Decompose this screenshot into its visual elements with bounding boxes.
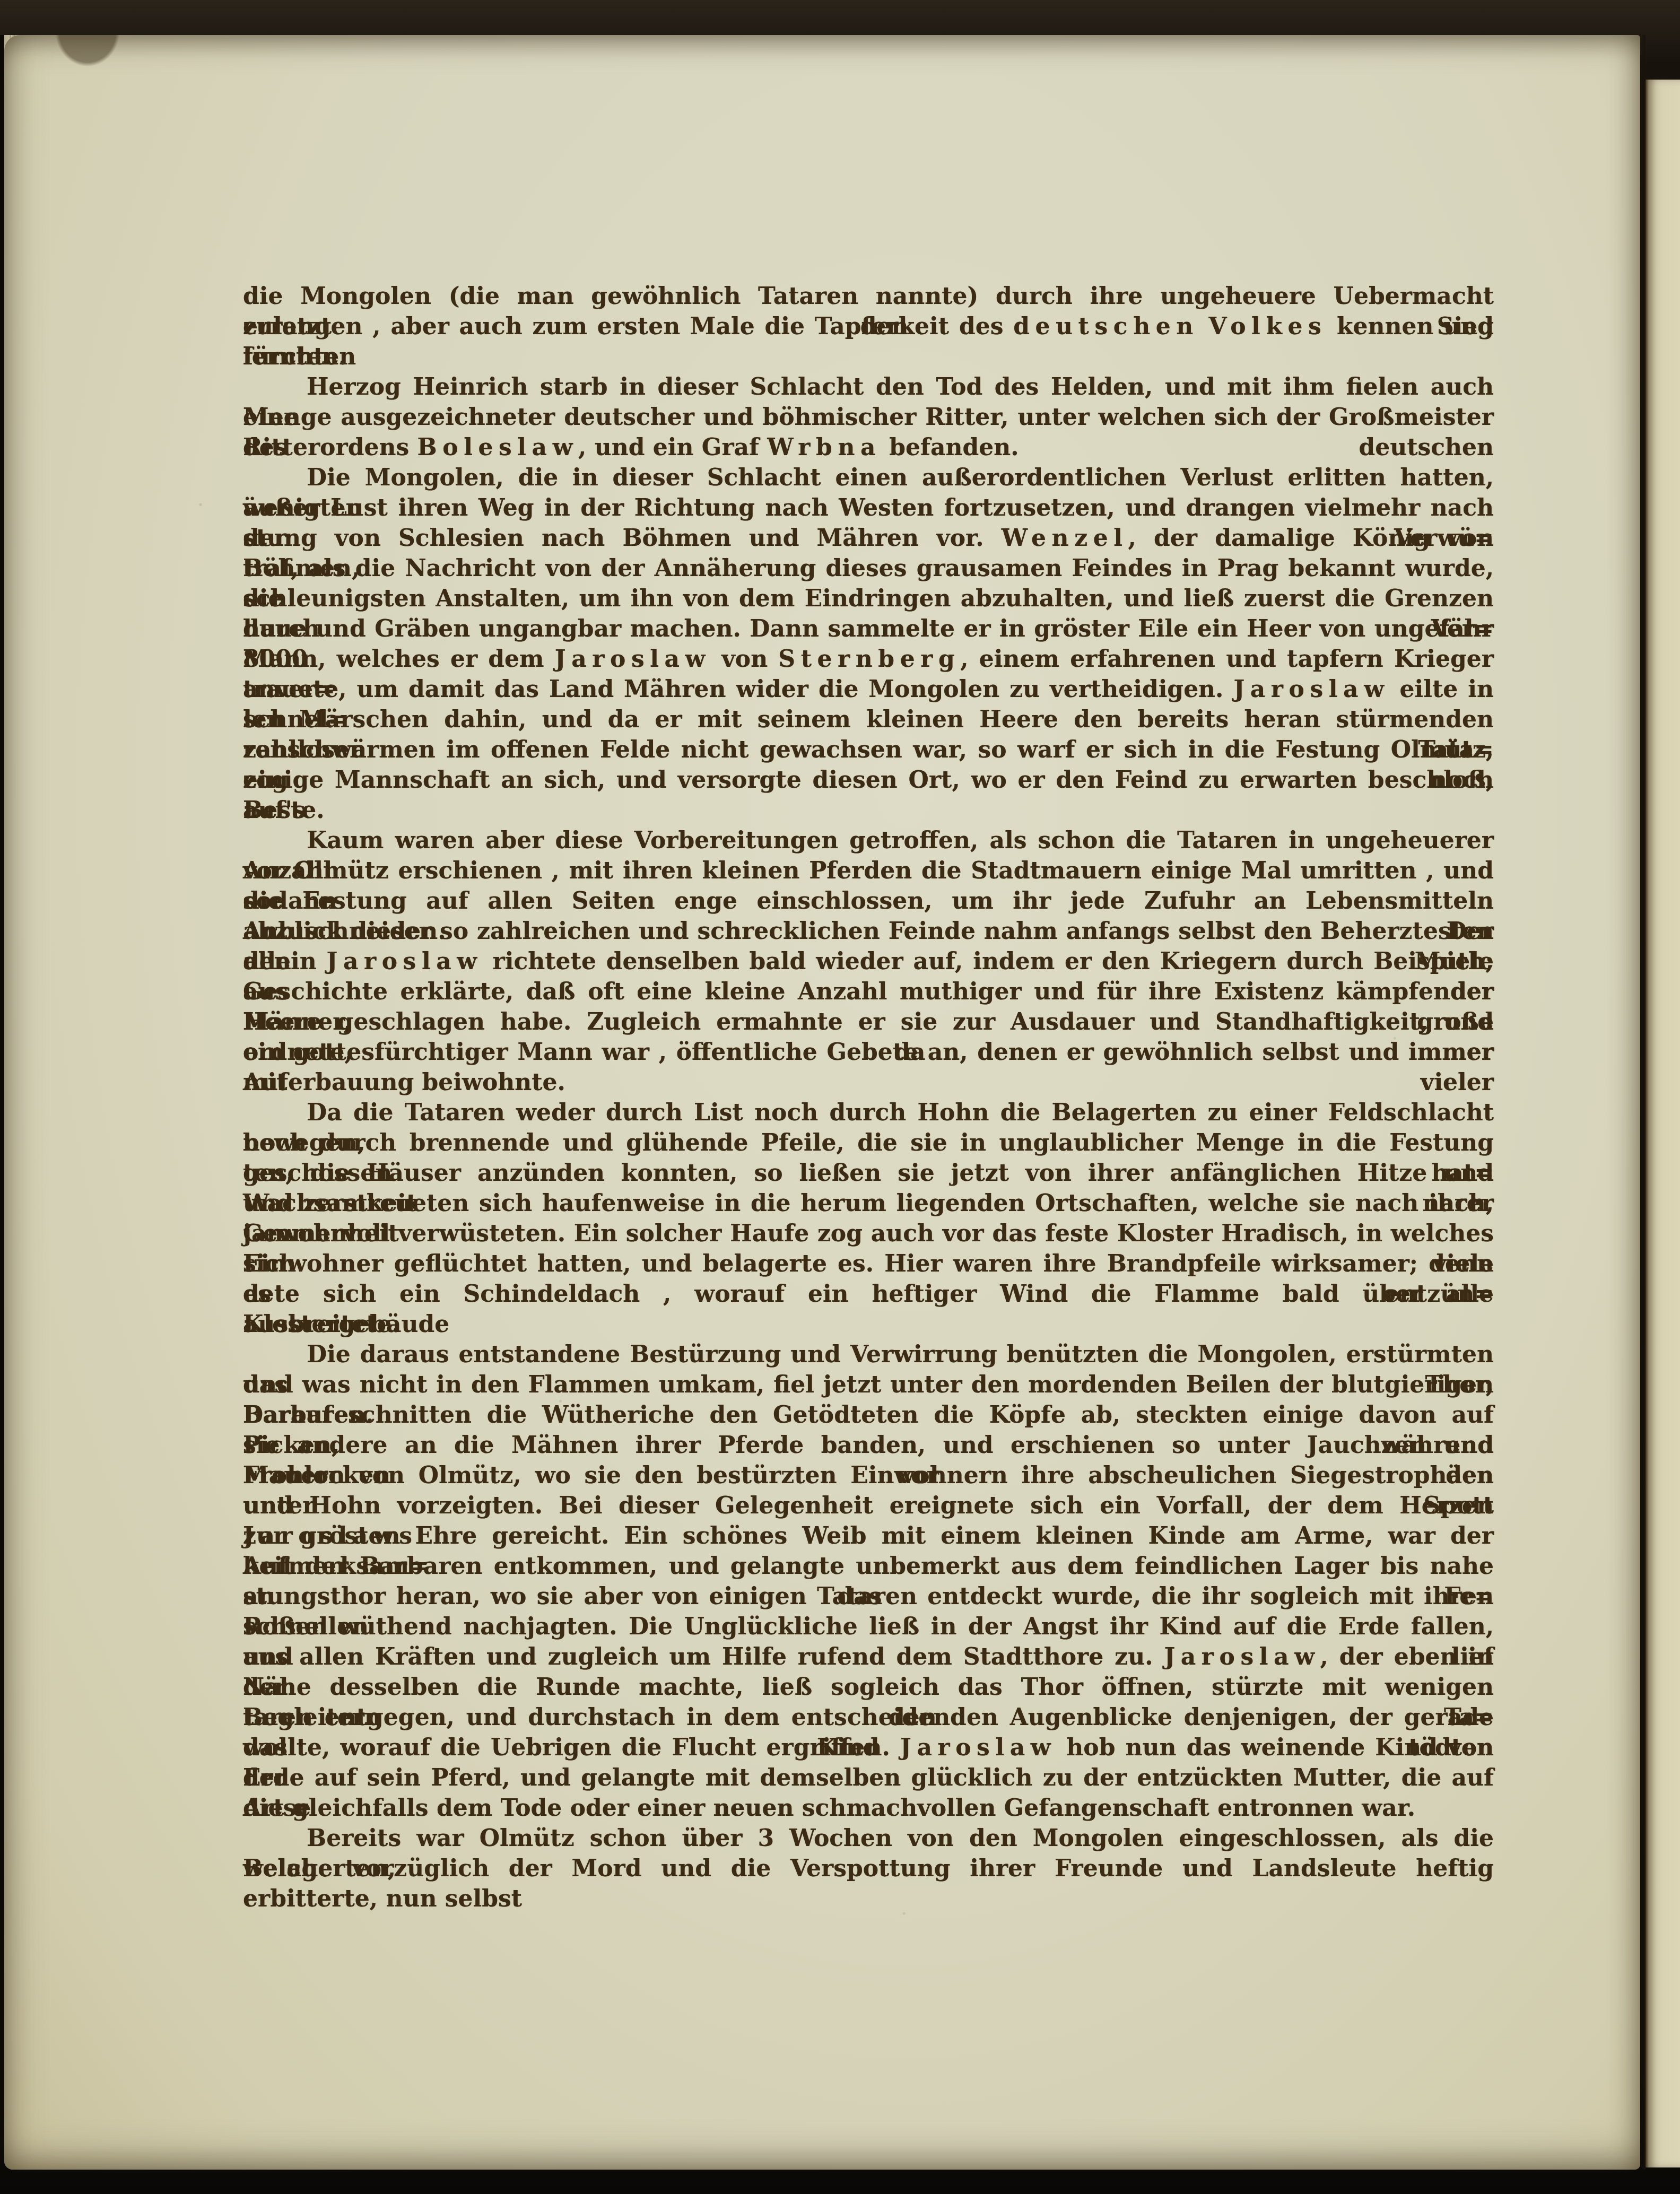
letterspaced-name: Wrbna (767, 434, 881, 461)
text-line: Einwohner geflüchtet hatten, und belager… (243, 1249, 1494, 1279)
text-line: Mauern von Olmütz, wo sie den bestürzten… (243, 1460, 1494, 1491)
text-line: Die Mongolen, die in dieser Schlacht ein… (243, 463, 1494, 493)
paragraph: Die daraus entstandene Bestürzung und Ve… (243, 1339, 1494, 1823)
text-line: Bereits war Olmütz schon über 3 Wochen v… (243, 1823, 1494, 1853)
text-line: Menge ausgezeichneter deutscher und böhm… (243, 402, 1494, 432)
text-line: schleunigsten Anstalten, um ihn von dem … (243, 584, 1494, 614)
text-line: keit der Barbaren entkommen, und gelangt… (243, 1551, 1494, 1581)
text-line: Kaum waren aber diese Vorbereitungen get… (243, 825, 1494, 856)
text-line: noch durch brennende und glühende Pfeile… (243, 1128, 1494, 1158)
text-line: wenig Lust ihren Weg in der Richtung nac… (243, 493, 1494, 523)
letterspaced-name: Volkes (1209, 313, 1327, 340)
letterspaced-name: Boleslaw (417, 434, 578, 461)
text-line: haue und Gräben ungangbar machen. Dann s… (243, 614, 1494, 644)
text-line: stungsthor heran, wo sie aber von einige… (243, 1581, 1494, 1612)
text-line: ein gottesfürchtiger Mann war , öffentli… (243, 1037, 1494, 1067)
text-line: und Hohn vorzeigten. Bei dieser Gelegenh… (243, 1491, 1494, 1521)
paragraph: Kaum waren aber diese Vorbereitungen get… (243, 825, 1494, 1098)
text-line: Beste. (243, 795, 1494, 825)
text-line: dete sich ein Schindeldach , worauf ein … (243, 1279, 1494, 1309)
text-line: ten, die Häuser anzünden konnten, so lie… (243, 1158, 1494, 1188)
text-line: errangen , aber auch zum ersten Male die… (243, 311, 1494, 342)
text-line: die Festung auf allen Seiten enge einsch… (243, 886, 1494, 916)
text-line: Mann, welches er dem Jaroslaw von Sternb… (243, 644, 1494, 674)
text-line: Heere geschlagen habe. Zugleich ermahnte… (243, 1007, 1494, 1037)
letterspaced-name: deutschen (1013, 313, 1199, 340)
text-line: und was nicht in den Flammen umkam, fiel… (243, 1370, 1494, 1400)
text-line: Geschichte erklärte, daß oft eine kleine… (243, 977, 1494, 1007)
text-line: taren entgegen, und durchstach in dem en… (243, 1702, 1494, 1732)
facing-page-sliver (1646, 80, 1680, 2167)
paragraph: Herzog Heinrich starb in dieser Schlacht… (243, 372, 1494, 463)
text-line: Da die Tataren weder durch List noch dur… (243, 1098, 1494, 1128)
text-line: Die daraus entstandene Bestürzung und Ve… (243, 1339, 1494, 1370)
text-line: renschwärmen im offenen Felde nicht gewa… (243, 735, 1494, 765)
text-line: trauete, um damit das Land Mähren wider … (243, 674, 1494, 704)
text-line: aus allen Kräften und zugleich um Hilfe … (243, 1642, 1494, 1672)
gutter-shadow (1640, 35, 1646, 2170)
text-line: vor Olmütz erschienen , mit ihren kleine… (243, 856, 1494, 886)
text-line: stung von Schlesien nach Böhmen und Mähr… (243, 523, 1494, 553)
letterspaced-name: Wenzel (1002, 525, 1128, 552)
paragraph: Die Mongolen, die in dieser Schlacht ein… (243, 463, 1494, 825)
letterspaced-name: Jaroslaw (900, 1734, 1056, 1761)
letterspaced-name: Jaroslaw (1164, 1643, 1320, 1670)
paragraph: Da die Tataren weder durch List noch dur… (243, 1098, 1494, 1339)
text-line: und zerstreueten sich haufenweise in die… (243, 1188, 1494, 1218)
paragraph: Bereits war Olmütz schon über 3 Wochen v… (243, 1823, 1494, 1884)
text-line: len Märschen dahin, und da er mit seinem… (243, 704, 1494, 735)
text-line: traf, als die Nachricht von der Annäheru… (243, 553, 1494, 584)
text-line: lernten. (243, 342, 1494, 372)
text-line: Anblick dieser so zahlreichen und schrec… (243, 916, 1494, 946)
text-line: zur grösten Ehre gereicht. Ein schönes W… (243, 1521, 1494, 1551)
text-line: die Mongolen (die man gewöhnlich Tataren… (243, 281, 1494, 311)
text-line: allein Jaroslaw richtete denselben bald … (243, 946, 1494, 977)
letterspaced-name: Jaroslaw (327, 948, 483, 975)
text-line: Darauf schnitten die Wütheriche den Getö… (243, 1400, 1494, 1430)
text-line: Erde auf sein Pferd, und gelangte mit de… (243, 1763, 1494, 1793)
text-line: sie andere an die Mähnen ihrer Pferde ba… (243, 1430, 1494, 1460)
text-line: welche vorzüglich der Mord und die Versp… (243, 1853, 1494, 1884)
paragraph: die Mongolen (die man gewöhnlich Tataren… (243, 281, 1494, 372)
text-line: Herzog Heinrich starb in dieser Schlacht… (243, 372, 1494, 402)
text-line: Art gleichfalls dem Tode oder einer neue… (243, 1793, 1494, 1823)
letterspaced-name: Jaroslaw (1233, 676, 1389, 703)
text-line: einige Mannschaft an sich, und versorgte… (243, 765, 1494, 795)
letterspaced-name: Sternberg (778, 646, 960, 673)
text-line: Nähe desselben die Runde machte, ließ so… (243, 1672, 1494, 1702)
book-scan: die Mongolen (die man gewöhnlich Tataren… (0, 0, 1680, 2194)
text-block: die Mongolen (die man gewöhnlich Tataren… (243, 281, 1494, 1884)
text-line: Roßen wüthend nachjagten. Die Unglücklic… (243, 1612, 1494, 1642)
text-line: wollte, worauf die Uebrigen die Flucht e… (243, 1732, 1494, 1763)
letterspaced-name: Jaroslaw (555, 646, 711, 673)
text-line: jammervoll verwüsteten. Ein solcher Hauf… (243, 1218, 1494, 1249)
